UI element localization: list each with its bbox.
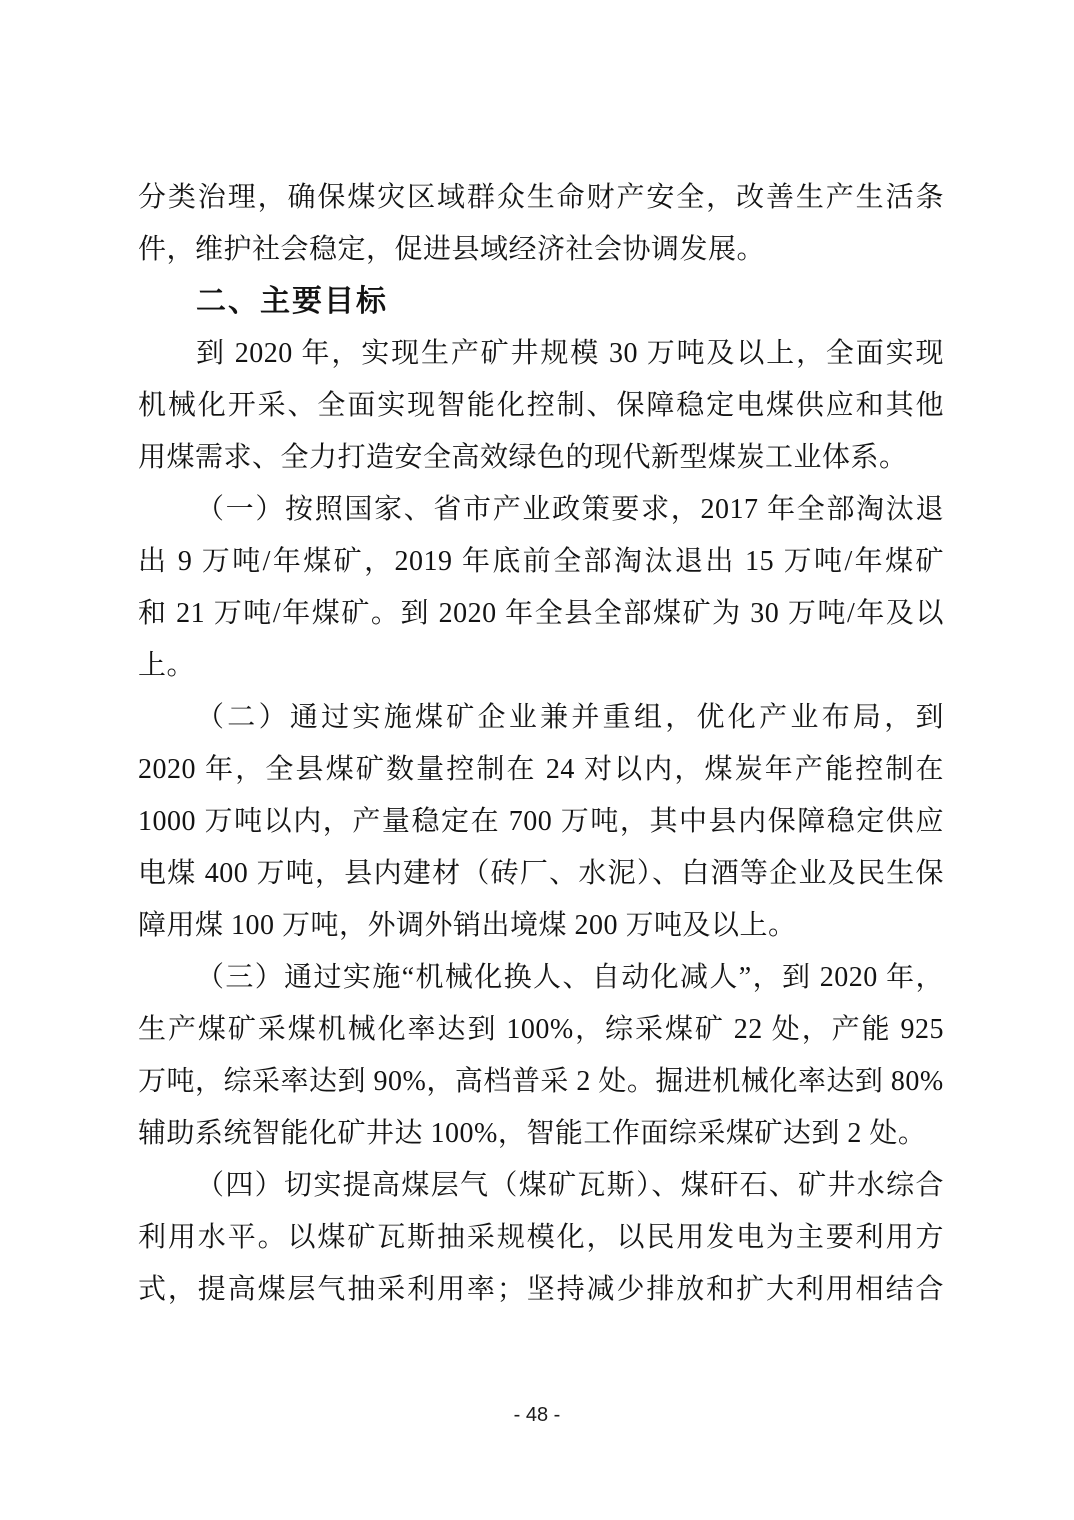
text-line: 万吨，综采率达到 90%，高档普采 2 处。掘进机械化率达到 80%， (138, 1056, 944, 1108)
paragraph-item-2: （二）通过实施煤矿企业兼并重组，优化产业布局，到 2020 年，全县煤矿数量控制… (138, 692, 944, 952)
section-heading-block: 二、主要目标 (138, 276, 944, 328)
text-line: 1000 万吨以内，产量稳定在 700 万吨，其中县内保障稳定供应 (138, 796, 944, 848)
text-line: 用煤需求、全力打造安全高效绿色的现代新型煤炭工业体系。 (138, 432, 944, 484)
paragraph-continuation: 分类治理，确保煤灾区域群众生命财产安全，改善生产生活条 件，维护社会稳定，促进县… (138, 172, 944, 276)
text-line: 2020 年，全县煤矿数量控制在 24 对以内，煤炭年产能控制在 (138, 744, 944, 796)
text-line: 机械化开采、全面实现智能化控制、保障稳定电煤供应和其他 (138, 380, 944, 432)
paragraph-item-3: （三）通过实施“机械化换人、自动化减人”，到 2020 年， 生产煤矿采煤机械化… (138, 952, 944, 1160)
section-heading: 二、主要目标 (138, 276, 944, 328)
page-body: 分类治理，确保煤灾区域群众生命财产安全，改善生产生活条 件，维护社会稳定，促进县… (138, 172, 944, 1316)
paragraph-item-1: （一）按照国家、省市产业政策要求，2017 年全部淘汰退 出 9 万吨/年煤矿，… (138, 484, 944, 692)
text-line: 件，维护社会稳定，促进县域经济社会协调发展。 (138, 224, 944, 276)
text-line: 电煤 400 万吨，县内建材（砖厂、水泥）、白酒等企业及民生保 (138, 848, 944, 900)
text-line: （四）切实提高煤层气（煤矿瓦斯）、煤矸石、矿井水综合 (138, 1160, 944, 1212)
text-line: （二）通过实施煤矿企业兼并重组，优化产业布局，到 (138, 692, 944, 744)
text-line: 利用水平。以煤矿瓦斯抽采规模化，以民用发电为主要利用方 (138, 1212, 944, 1264)
text-line: 到 2020 年，实现生产矿井规模 30 万吨及以上，全面实现 (138, 328, 944, 380)
text-line: （三）通过实施“机械化换人、自动化减人”，到 2020 年， (138, 952, 944, 1004)
text-line: 和 21 万吨/年煤矿。到 2020 年全县全部煤矿为 30 万吨/年及以 (138, 588, 944, 640)
text-line: 出 9 万吨/年煤矿，2019 年底前全部淘汰退出 15 万吨/年煤矿 (138, 536, 944, 588)
text-line: （一）按照国家、省市产业政策要求，2017 年全部淘汰退 (138, 484, 944, 536)
document-page: 分类治理，确保煤灾区域群众生命财产安全，改善生产生活条 件，维护社会稳定，促进县… (0, 0, 1074, 1520)
text-line: 障用煤 100 万吨，外调外销出境煤 200 万吨及以上。 (138, 900, 944, 952)
paragraph-goal-overview: 到 2020 年，实现生产矿井规模 30 万吨及以上，全面实现 机械化开采、全面… (138, 328, 944, 484)
text-line: 上。 (138, 640, 944, 692)
text-line: 辅助系统智能化矿井达 100%，智能工作面综采煤矿达到 2 处。 (138, 1108, 944, 1160)
paragraph-item-4: （四）切实提高煤层气（煤矿瓦斯）、煤矸石、矿井水综合 利用水平。以煤矿瓦斯抽采规… (138, 1160, 944, 1316)
text-line: 生产煤矿采煤机械化率达到 100%，综采煤矿 22 处，产能 925 (138, 1004, 944, 1056)
page-number: - 48 - (0, 1402, 1074, 1428)
text-line: 分类治理，确保煤灾区域群众生命财产安全，改善生产生活条 (138, 172, 944, 224)
text-line: 式，提高煤层气抽采利用率；坚持减少排放和扩大利用相结合 (138, 1264, 944, 1316)
